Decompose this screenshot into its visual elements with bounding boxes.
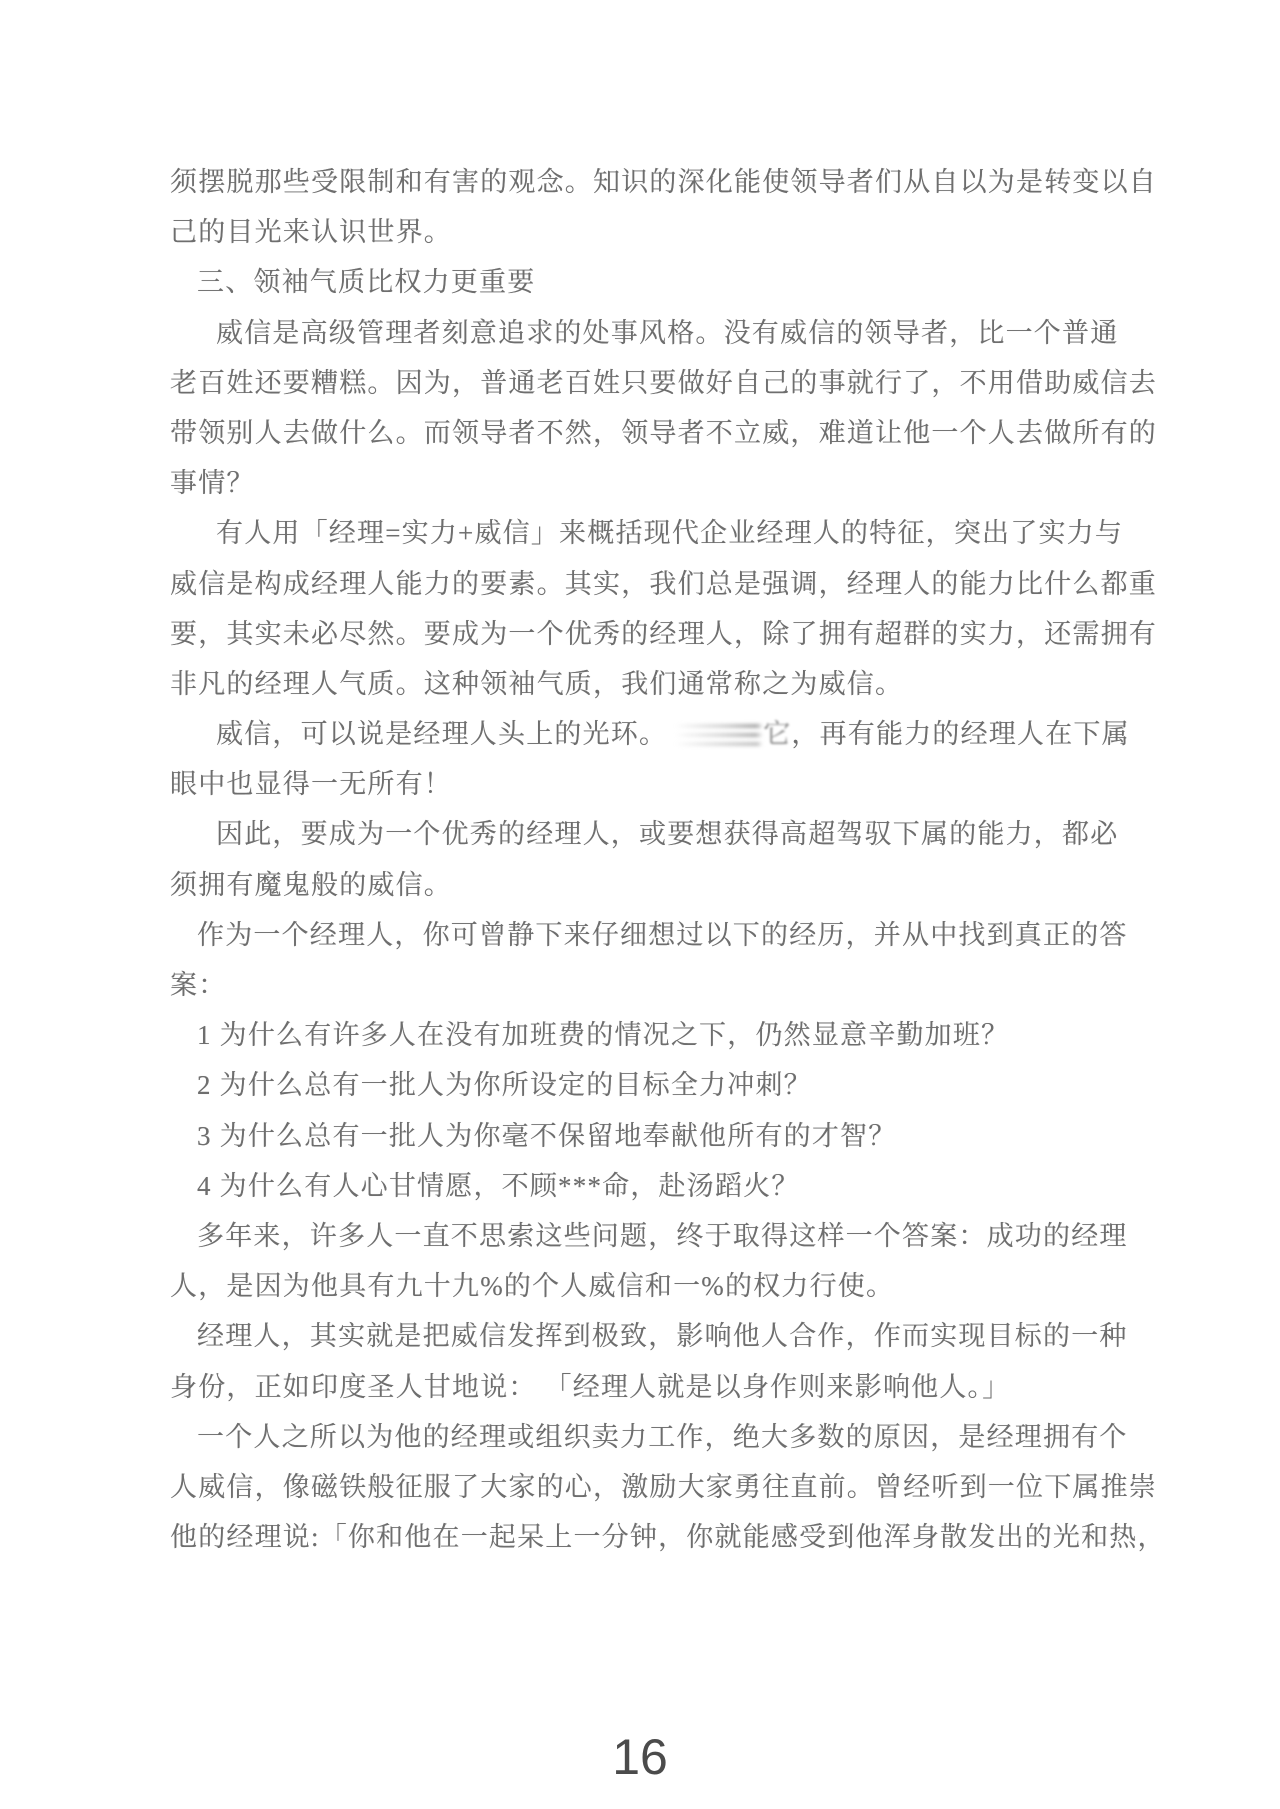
text-line: 威信是构成经理人能力的要素。其实，我们总是强调，经理人的能力比什么都重	[170, 559, 1130, 609]
text-line: 要，其实未必尽然。要成为一个优秀的经理人，除了拥有超群的实力，还需拥有	[170, 609, 1130, 659]
text-line: 事情？	[170, 458, 1130, 508]
text-line: 威信是高级管理者刻意追求的处事风格。没有威信的领导者，比一个普通	[170, 308, 1130, 358]
list-item: 2 为什么总有一批人为你所设定的目标全力冲刺？	[170, 1060, 1130, 1110]
smudged-text	[675, 719, 763, 749]
text-line: 因此，要成为一个优秀的经理人，或要想获得高超驾驭下属的能力，都必	[170, 809, 1130, 859]
text-line: 一个人之所以为他的经理或组织卖力工作，绝大多数的原因，是经理拥有个	[170, 1412, 1130, 1462]
body-text: 须摆脱那些受限制和有害的观念。知识的深化能使领导者们从自以为是转变以自 己的目光…	[170, 157, 1130, 1562]
text-line: 眼中也显得一无所有！	[170, 759, 1130, 809]
text-line: 作为一个经理人，你可曾静下来仔细想过以下的经历，并从中找到真正的答	[170, 910, 1130, 960]
page-number: 16	[0, 1732, 1280, 1782]
text-line: 经理人，其实就是把威信发挥到极致，影响他人合作，作而实现目标的一种	[170, 1311, 1130, 1361]
document-page: 须摆脱那些受限制和有害的观念。知识的深化能使领导者们从自以为是转变以自 己的目光…	[0, 0, 1280, 1809]
text-line-with-smudge: 威信，可以说是经理人头上的光环。它，再有能力的经理人在下属	[170, 709, 1130, 759]
text-line: 人威信，像磁铁般征服了大家的心，激励大家勇往直前。曾经听到一位下属推崇	[170, 1462, 1130, 1512]
list-item: 1 为什么有许多人在没有加班费的情况之下，仍然显意辛勤加班？	[170, 1010, 1130, 1060]
text-line: 老百姓还要糟糕。因为，普通老百姓只要做好自己的事就行了，不用借助威信去	[170, 358, 1130, 408]
text-line: 己的目光来认识世界。	[170, 207, 1130, 257]
list-item: 3 为什么总有一批人为你毫不保留地奉献他所有的才智？	[170, 1111, 1130, 1161]
text-line: 须拥有魔鬼般的威信。	[170, 860, 1130, 910]
text-line: 人，是因为他具有九十九%的个人威信和一%的权力行使。	[170, 1261, 1130, 1311]
list-item: 4 为什么有人心甘情愿，不顾***命，赴汤蹈火？	[170, 1161, 1130, 1211]
text-line: 多年来，许多人一直不思索这些问题，终于取得这样一个答案：成功的经理	[170, 1211, 1130, 1261]
text-line: 身份，正如印度圣人甘地说： 「经理人就是以身作则来影响他人。」	[170, 1362, 1130, 1412]
text-line: 须摆脱那些受限制和有害的观念。知识的深化能使领导者们从自以为是转变以自	[170, 157, 1130, 207]
section-heading: 三、领袖气质比权力更重要	[170, 257, 1130, 307]
text-segment: 威信，可以说是经理人头上的光环。	[216, 719, 667, 749]
text-line: 有人用「经理=实力+威信」来概括现代企业经理人的特征，突出了实力与	[170, 508, 1130, 558]
text-line: 非凡的经理人气质。这种领袖气质，我们通常称之为威信。	[170, 659, 1130, 709]
text-segment: ，再有能力的经理人在下属	[791, 719, 1129, 749]
text-line: 他的经理说:「你和他在一起呆上一分钟，你就能感受到他浑身散发出的光和热，	[170, 1512, 1130, 1562]
partially-erased-character: 它	[763, 719, 791, 749]
text-line: 带领别人去做什么。而领导者不然，领导者不立威，难道让他一个人去做所有的	[170, 408, 1130, 458]
text-line: 案：	[170, 960, 1130, 1010]
